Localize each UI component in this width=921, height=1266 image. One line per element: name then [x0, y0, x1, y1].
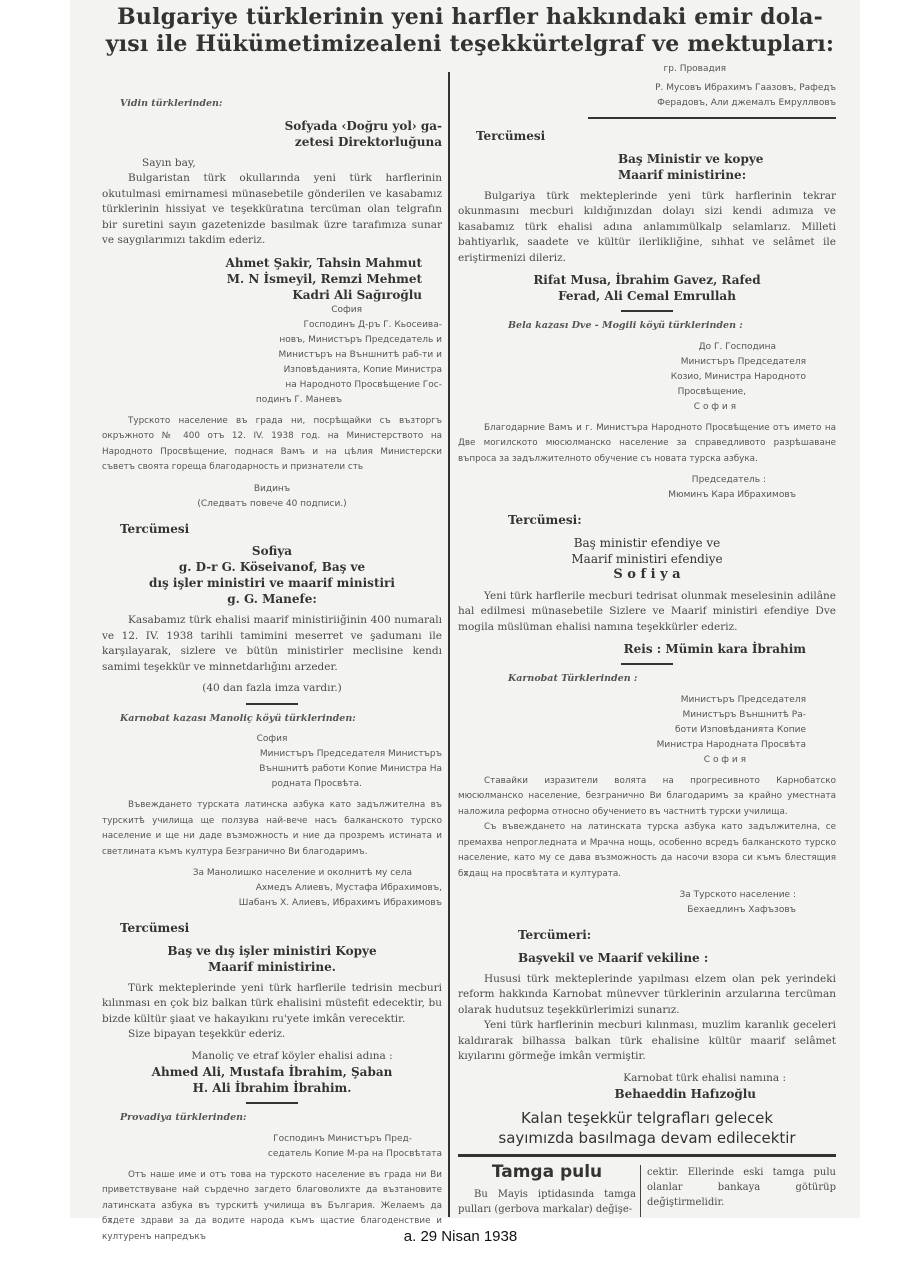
signatures-manolic-tr: Ahmed Ali, Mustafa İbrahim, Şaban H. Ali… — [102, 1064, 442, 1096]
translation-heading: Tercümesi: — [508, 513, 836, 529]
translation-heading: Tercümesi — [120, 522, 442, 538]
translation-heading: Tercümeri: — [518, 928, 836, 944]
cy-city-vidin: София — [102, 303, 442, 318]
address-devemogili-tr: Baş ministir efendiye ve Maarif ministir… — [458, 535, 836, 583]
headline-line-1: Bulgariye türklerinin yeni harfler hakkı… — [100, 4, 840, 31]
letter-body-karnobat-tr-2: Yeni türk harflerinin mecburi kılınması,… — [458, 1018, 836, 1065]
address-provadiya-tr: Baş Ministir ve kopye Maarif ministirine… — [458, 151, 836, 183]
letter-body-devemogili-tr: Yeni türk harflerile mecburi tedrisat ol… — [458, 589, 836, 636]
separator — [458, 1154, 836, 1157]
cy-address-devemogili: До Г. Господина Министъръ Председателя К… — [458, 340, 836, 415]
separator — [588, 117, 836, 119]
address-vidin: Sofyada ‹Doğru yol› ga- zetesi Direktorl… — [102, 118, 442, 150]
tamga-text-2: cektir. Ellerinde eski tamga pulu olanla… — [647, 1165, 836, 1210]
letter-body-manolic-tr: Türk mekteplerinde yeni türk harflerile … — [102, 981, 442, 1028]
translation-heading: Tercümesi — [120, 921, 442, 937]
headline: Bulgariye türklerinin yeni harfler hakkı… — [100, 4, 840, 58]
sig-lead-karnobat: Karnobat türk ehalisi namına : — [458, 1071, 836, 1087]
translation-heading: Tercümesi — [476, 129, 836, 145]
source-karnobat: Karnobat Türklerinden : — [508, 671, 836, 687]
cy-place-vidin: Видинъ — [102, 482, 442, 497]
cy-address-vidin: Господинъ Д-ръ Г. Кьосеива- новъ, Минист… — [102, 318, 442, 408]
source-provadiya: Provadiya türklerinden: — [120, 1110, 442, 1126]
sig-karnobat-tr: Behaeddin Hafızoğlu — [458, 1086, 836, 1102]
signatures-vidin: Ahmet Şakir, Tahsin Mahmut M. N İsmeyil,… — [102, 255, 442, 303]
signatures-provadiya-tr: Rifat Musa, İbrahim Gavez, Rafed Ferad, … — [458, 272, 836, 304]
cy-names-provadiya: Р. Мусовъ Ибрахимъ Гаазовъ, Рафедъ Ферад… — [458, 81, 836, 111]
right-column: гр. Провадия Р. Мусовъ Ибрахимъ Гаазовъ,… — [458, 62, 836, 1217]
cy-address-karnobat: Министъръ Председателя Министъръ Външнит… — [458, 693, 836, 768]
column-divider — [448, 72, 450, 1217]
left-column: Vidin türklerinden: Sofyada ‹Doğru yol› … — [102, 90, 442, 1251]
greeting: Sayın bay, — [102, 156, 442, 172]
cy-body-manolic: Въвеждането турската латинска азбука кат… — [102, 798, 442, 860]
cy-body-vidin: Турското население въ града ни, посрѣщай… — [102, 414, 442, 476]
address-karnobat-tr: Başvekil ve Maarif vekiline : — [458, 950, 836, 966]
address-vidin-tr: Sofiya g. D-r G. Köseivanof, Baş ve dış … — [102, 543, 442, 607]
separator — [621, 663, 673, 665]
headline-line-2: yısı ile Hükümetimizealeni teşekkürtelgr… — [100, 31, 840, 58]
source-vidin: Vidin türklerinden: — [120, 96, 442, 112]
letter-body-vidin-tr: Kasabamız türk ehalisi maarif ministirii… — [102, 613, 442, 675]
sig-devemogili-tr: Reis : Mümin kara İbrahim — [458, 641, 836, 657]
cy-note-vidin: (Следватъ повече 40 подписи.) — [102, 497, 442, 512]
source-manolic: Karnobat kazası Manoliç köyü türklerinde… — [120, 711, 442, 727]
separator — [246, 703, 298, 705]
cy-address-provadiya: Господинъ Министъръ Пред- седатель Копие… — [102, 1132, 442, 1162]
cy-sig-devemogili: Председатель : Мюминъ Кара Ибрахимовъ — [458, 473, 836, 503]
letter-body-karnobat-tr-1: Hususi türk mekteplerinde yapılması elze… — [458, 972, 836, 1019]
cy-address-manolic: Министъръ Председателя Министъръ Външнит… — [102, 747, 442, 792]
separator — [621, 310, 673, 312]
separator — [246, 1102, 298, 1104]
letter-body-vidin: Bulgaristan türk okullarında yeni türk h… — [102, 171, 442, 249]
letter-thanks-manolic-tr: Size bipayan teşekkür ederiz. — [102, 1027, 442, 1043]
tamga-title: Tamga pulu — [458, 1165, 636, 1181]
cy-sig-karnobat: За Турското население : Бехаедлинъ Хафъз… — [458, 888, 836, 918]
sig-lead-manolic: Manoliç ve etraf köyler ehalisi adına : — [102, 1049, 442, 1065]
address-manolic-tr: Baş ve dış işler ministiri Kopye Maarif … — [102, 943, 442, 975]
note-vidin-tr: (40 dan fazla imza vardır.) — [102, 681, 442, 697]
date-caption: a. 29 Nisan 1938 — [0, 1228, 921, 1245]
tamga-pulu-notice: Tamga pulu Bu Mayis iptidasında tamga pu… — [458, 1165, 836, 1217]
cy-body-karnobat-2: Съ въвеждането на латинската турска азбу… — [458, 820, 836, 882]
cy-city-manolic: София — [102, 732, 442, 747]
tamga-text-1: Bu Mayis iptidasında tamga pulları (gerb… — [458, 1187, 636, 1217]
source-devemogili: Bela kazası Dve - Mogili köyü türklerind… — [508, 318, 836, 334]
cy-place-provadiya: гр. Провадия — [458, 62, 836, 77]
closing-notice: Kalan teşekkür telgrafları gelecek sayım… — [458, 1108, 836, 1148]
cy-body-karnobat-1: Ставайки изразители волята на прогресивн… — [458, 774, 836, 821]
letter-body-provadiya-tr: Bulgariya türk mekteplerinde yeni türk h… — [458, 189, 836, 267]
cy-body-devemogili: Благодарние Вамъ и г. Министъра Народнот… — [458, 421, 836, 468]
cy-sig-manolic: За Манолишко население и околнитѣ му сел… — [102, 866, 442, 911]
